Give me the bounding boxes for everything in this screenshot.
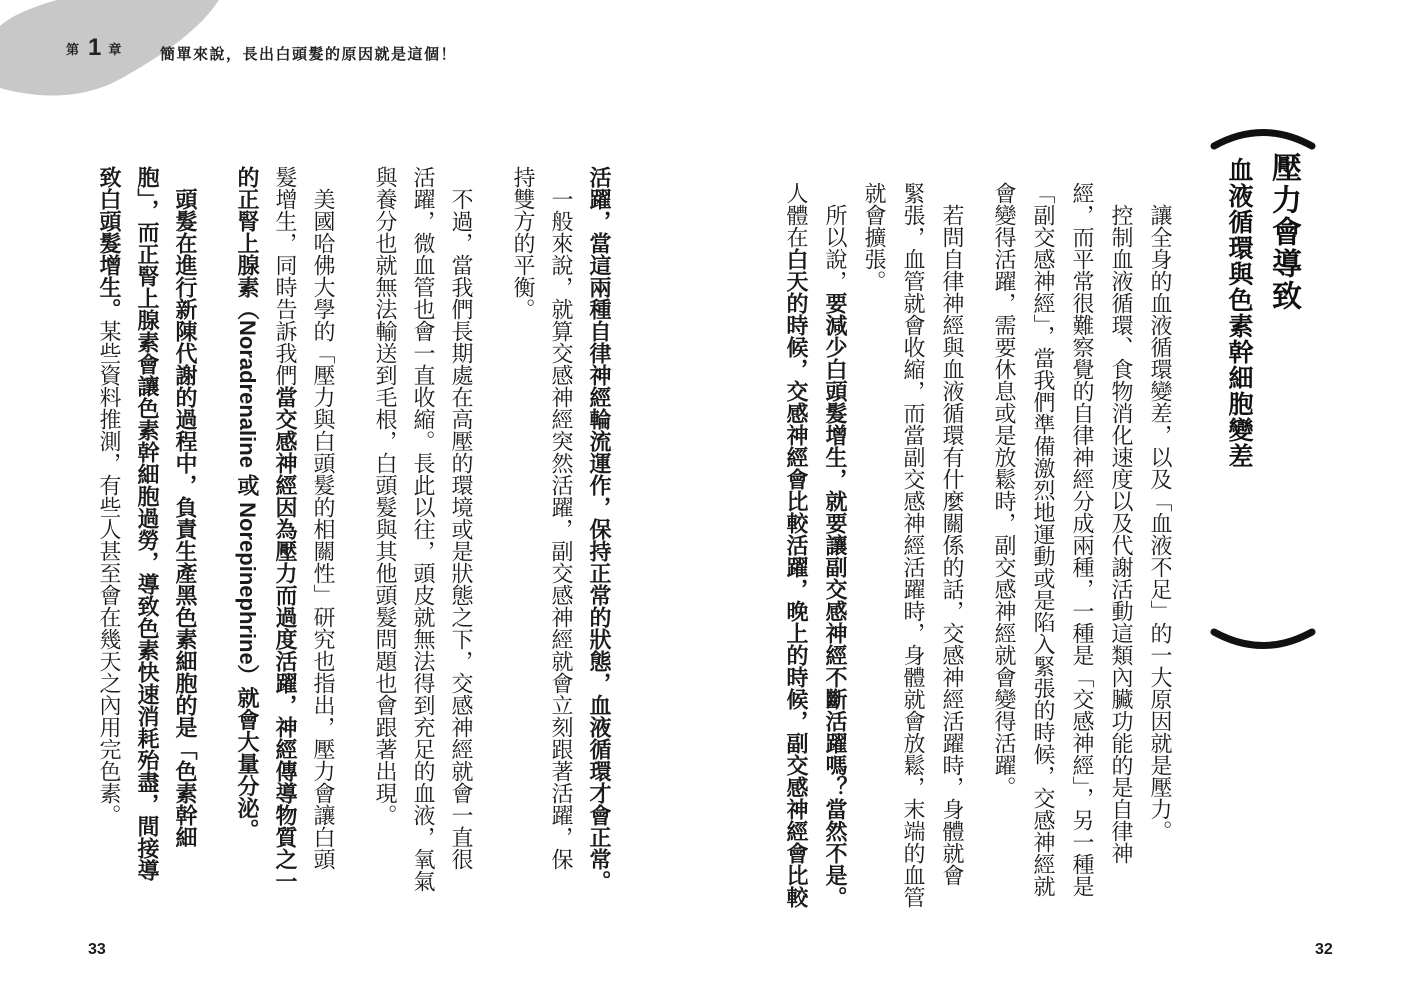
chapter-title: 簡單來說，長出白頭髮的原因就是這個！: [160, 43, 457, 64]
body-text: 髮增生，同時告訴我們: [273, 166, 298, 386]
emphasis-text: 當交感神經因為壓力而過度活躍，神經傳導物質之一: [273, 386, 298, 892]
text-column: 若問自律神經與血液循環有什麼關係的話，交感神經活躍時，身體就會: [933, 182, 972, 894]
text-column: 讓全身的血液循環變差，以及「血液不足」的一大原因就是壓力。: [1141, 182, 1180, 894]
text-column: 活躍，當這兩種自律神經輪流運作，保持正常的狀態，血液循環才會正常。: [580, 166, 618, 894]
text-column: 會變得活躍，需要休息或是放鬆時，副交感神經就會變得活躍。: [985, 182, 1024, 894]
text-column: 一般來說，就算交感神經突然活躍，副交感神經就會立刻跟著活躍，保: [542, 166, 580, 894]
headline-text: 壓力會導致 血液循環與色素幹細胞變差: [1217, 152, 1306, 469]
chapter-suffix: 章: [108, 39, 123, 58]
emphasis-text: 胞」，而正腎上腺素會讓色素幹細胞過勞，導致色素快速消耗殆盡，間接導: [135, 166, 160, 881]
text-column: 所以說，要減少白頭髮增生，就要讓副交感神經不斷活躍嗎？當然不是。: [816, 182, 855, 894]
right-page-body: 讓全身的血液循環變差，以及「血液不足」的一大原因就是壓力。控制血液循環、食物消化…: [768, 182, 1180, 894]
text-column: 緊張，血管就會收縮，而當副交感神經活躍時，身體就會放鬆，末端的血管: [894, 182, 933, 894]
left-page-body: 活躍，當這兩種自律神經輪流運作，保持正常的狀態，血液循環才會正常。一般來說，就算…: [76, 166, 618, 894]
emphasis-text: 頭髮在進行新陳代謝的過程中，負責生產黑色素細胞的是「色素幹細: [173, 188, 198, 848]
body-text: 控制血液循環、食物消化速度以及代謝活動這類內臟功能的是自律神: [1109, 204, 1134, 864]
body-text: 所以說，: [823, 204, 848, 292]
headline-bracket-bottom: [1208, 628, 1318, 652]
body-text: 讓全身的血液循環變差，以及「血液不足」的一大原因就是壓力。: [1148, 204, 1173, 842]
headline-bracket-top: [1208, 126, 1318, 150]
body-text: 活躍，微血管也會一直收縮。長此以往，頭皮就無法得到充足的血液，氧氣: [411, 166, 436, 892]
text-column: 經，而平常很難察覺的自律神經分成兩種，一種是「交感神經」，另一種是: [1063, 182, 1102, 894]
page-number-left: 33: [88, 941, 106, 959]
text-column: 胞」，而正腎上腺素會讓色素幹細胞過勞，導致色素快速消耗殆盡，間接導: [128, 166, 166, 894]
text-column: 致白頭髮增生。某些資料推測，有些人甚至會在幾天之內用完色素。: [90, 166, 128, 894]
text-column: 頭髮在進行新陳代謝的過程中，負責生產黑色素細胞的是「色素幹細: [166, 166, 204, 894]
text-column: 的正腎上腺素（Noradrenaline 或 Norepinephrine）就會…: [228, 166, 266, 894]
body-text: 持雙方的平衡。: [511, 166, 536, 320]
text-column: 持雙方的平衡。: [504, 166, 542, 894]
body-text: 會變得活躍，需要休息或是放鬆時，副交感神經就會變得活躍。: [992, 182, 1017, 798]
body-text: 經，而平常很難察覺的自律神經分成兩種，一種是「交感神經」，另一種是: [1070, 182, 1095, 897]
emphasis-text: 致白頭髮增生。: [97, 166, 122, 320]
body-text: 人體在: [784, 182, 809, 248]
text-column: 就會擴張。: [855, 182, 894, 894]
body-text: 「副交感神經」，當我們準備激烈地運動或是陷入緊張的時候，交感神經就: [1031, 182, 1056, 897]
headline-line-1: 壓力會導致: [1261, 152, 1306, 469]
body-text: 某些資料推測，有些人甚至會在幾天之內用完色素。: [97, 320, 122, 826]
section-headline: 壓力會導致 血液循環與色素幹細胞變差: [1205, 126, 1320, 666]
chapter-label: 第 1 章: [66, 36, 123, 60]
text-column: 「副交感神經」，當我們準備激烈地運動或是陷入緊張的時候，交感神經就: [1024, 182, 1063, 894]
text-column: 美國哈佛大學的「壓力與白頭髮的相關性」研究也指出，壓力會讓白頭: [304, 166, 342, 894]
body-text: 與養分也就無法輸送到毛根，白頭髮與其他頭髮問題也會跟著出現。: [373, 166, 398, 826]
text-column: 人體在白天的時候，交感神經會比較活躍，晚上的時候，副交感神經會比較: [777, 182, 816, 894]
body-text: 不過，當我們長期處在高壓的環境或是狀態之下，交感神經就會一直很: [449, 188, 474, 870]
text-column: 不過，當我們長期處在高壓的環境或是狀態之下，交感神經就會一直很: [442, 166, 480, 894]
headline-line-2: 血液循環與色素幹細胞變差: [1217, 152, 1261, 469]
text-column: 髮增生，同時告訴我們當交感神經因為壓力而過度活躍，神經傳導物質之一: [266, 166, 304, 894]
emphasis-text: 的正腎上腺素（Noradrenaline 或 Norepinephrine）就會…: [235, 166, 260, 841]
emphasis-text: 白天的時候，交感神經會比較活躍，晚上的時候，副交感神經會比較: [784, 248, 809, 908]
body-text: 一般來說，就算交感神經突然活躍，副交感神經就會立刻跟著活躍，保: [549, 188, 574, 870]
chapter-prefix: 第: [66, 39, 81, 58]
body-text: 就會擴張。: [862, 182, 887, 292]
text-column: 活躍，微血管也會一直收縮。長此以往，頭皮就無法得到充足的血液，氧氣: [404, 166, 442, 894]
book-spread: 第 1 章 簡單來說，長出白頭髮的原因就是這個！ 壓力會導致 血液循環與色素幹細…: [0, 0, 1410, 1000]
emphasis-text: 活躍，當這兩種自律神經輪流運作，保持正常的狀態，血液循環才會正常。: [587, 166, 612, 892]
body-text: 若問自律神經與血液循環有什麼關係的話，交感神經活躍時，身體就會: [940, 204, 965, 886]
emphasis-text: 要減少白頭髮增生，就要讓副交感神經不斷活躍嗎？當然不是。: [823, 292, 848, 908]
text-column: 與養分也就無法輸送到毛根，白頭髮與其他頭髮問題也會跟著出現。: [366, 166, 404, 894]
text-column: 控制血液循環、食物消化速度以及代謝活動這類內臟功能的是自律神: [1102, 182, 1141, 894]
chapter-number: 1: [85, 36, 104, 60]
body-text: 美國哈佛大學的「壓力與白頭髮的相關性」研究也指出，壓力會讓白頭: [311, 188, 336, 870]
page-number-right: 32: [1315, 941, 1333, 959]
body-text: 緊張，血管就會收縮，而當副交感神經活躍時，身體就會放鬆，末端的血管: [901, 182, 926, 908]
